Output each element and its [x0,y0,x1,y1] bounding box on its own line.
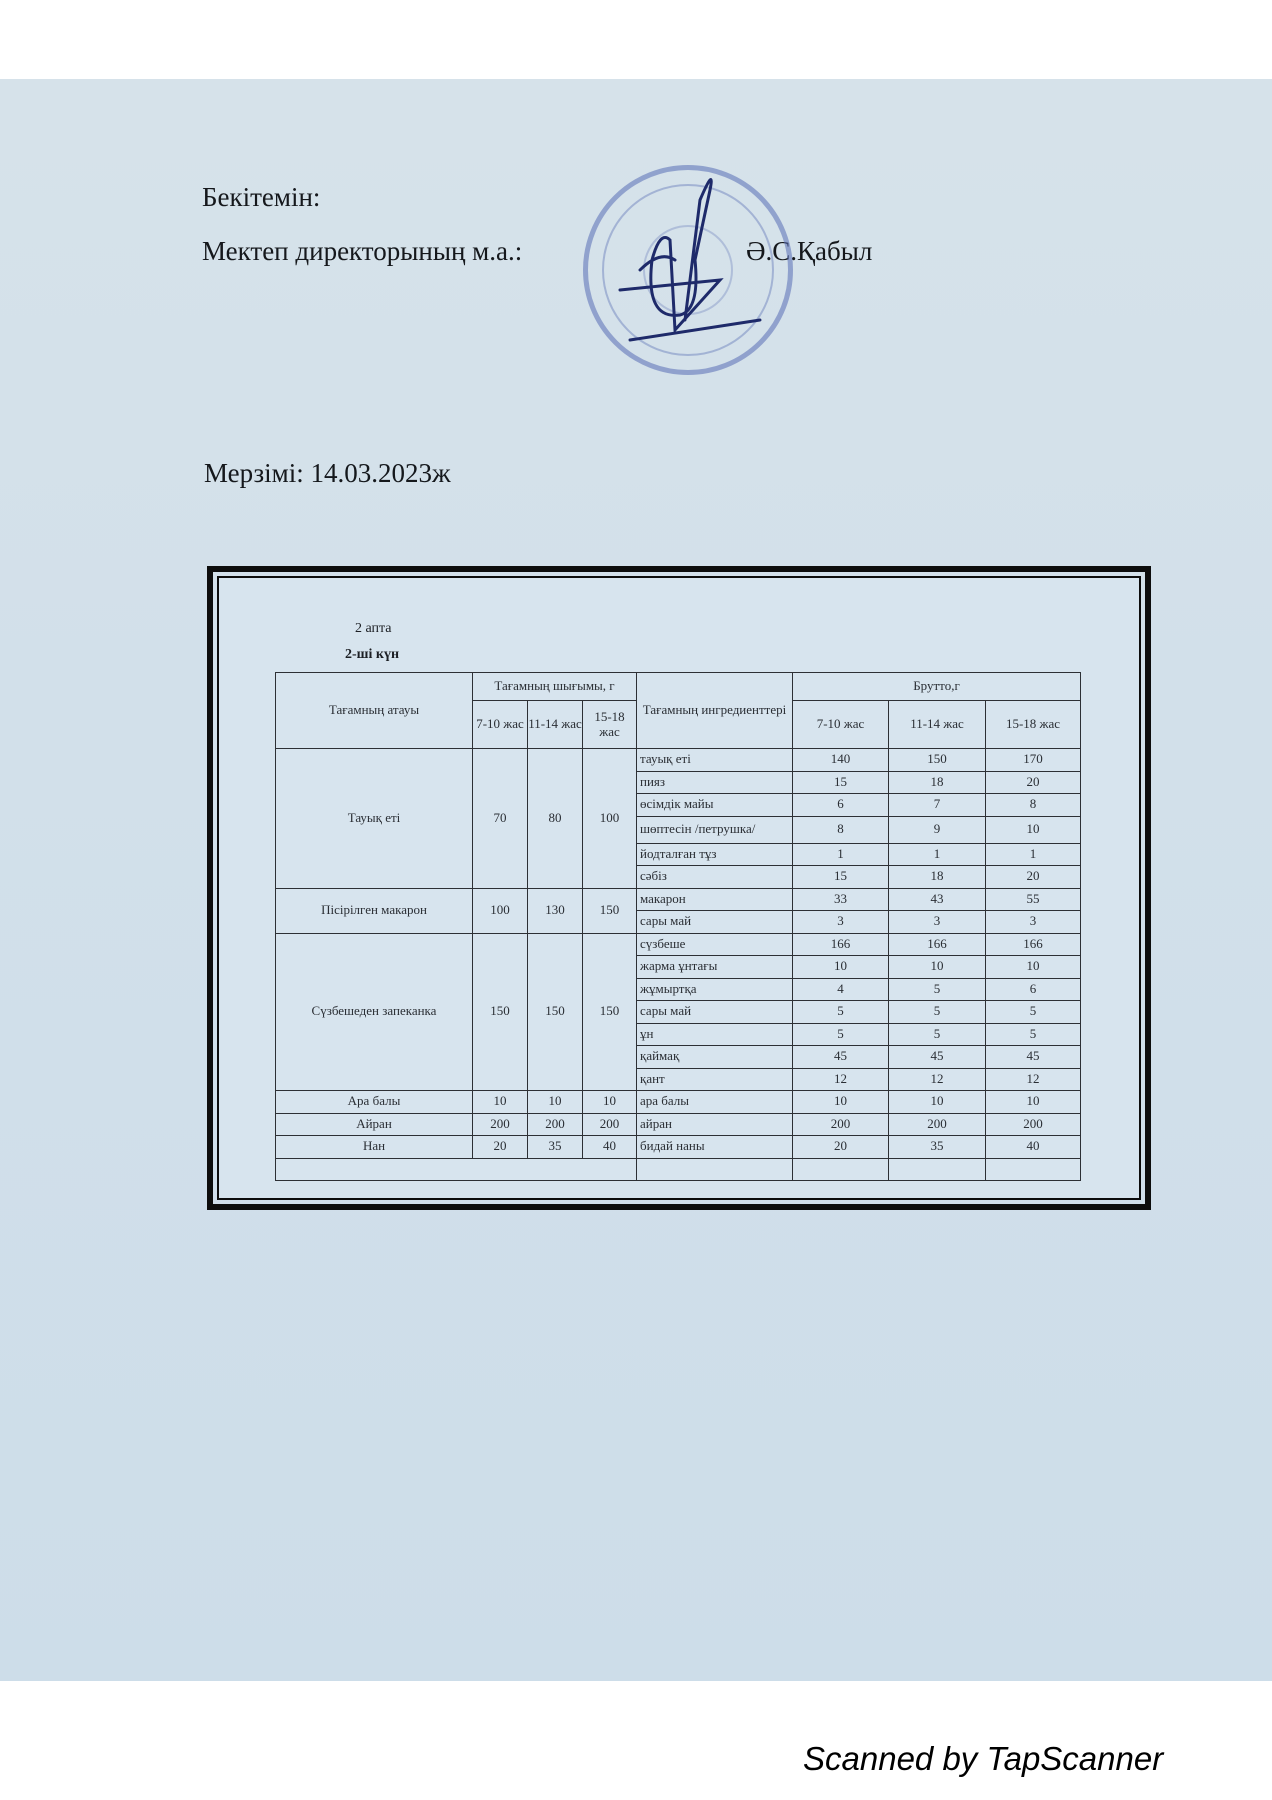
ingredient-brutto: 5 [889,1001,986,1024]
table-row: Сүзбешеден запеканка150150150сүзбеше1661… [276,933,1081,956]
ingredient-brutto: 12 [986,1068,1081,1091]
ingredient-name: қаймақ [637,1046,793,1069]
header-ingredients: Тағамның ингредиенттері [637,673,793,749]
dish-yield: 130 [528,888,583,933]
ingredient-brutto: 45 [793,1046,889,1069]
dish-yield: 70 [473,749,528,889]
dish-yield: 100 [473,888,528,933]
dish-yield: 20 [473,1136,528,1159]
scanner-watermark: Scanned by TapScanner [803,1740,1163,1778]
ingredient-name: қант [637,1068,793,1091]
ingredient-brutto: 10 [793,1091,889,1114]
ingredient-brutto: 45 [889,1046,986,1069]
ingredient-brutto: 40 [986,1136,1081,1159]
dish-yield: 150 [583,933,637,1091]
ingredient-brutto: 15 [793,771,889,794]
ingredient-brutto: 15 [793,866,889,889]
ingredient-brutto: 18 [889,866,986,889]
table-row: Айран200200200айран200200200 [276,1113,1081,1136]
ingredient-brutto: 1 [986,843,1081,866]
ingredient-brutto: 12 [793,1068,889,1091]
ingredient-name: жұмыртқа [637,978,793,1001]
ingredient-name: пияз [637,771,793,794]
ingredient-brutto: 5 [889,978,986,1001]
ingredient-name: жарма ұнтағы [637,956,793,979]
table-row: Пісірілген макарон100130150макарон334355 [276,888,1081,911]
day-label: 2-ші күн [345,647,399,663]
dish-yield: 100 [583,749,637,889]
director-role-label: Мектеп директорының м.а.: [202,236,522,266]
dish-yield: 150 [528,933,583,1091]
ingredient-brutto: 20 [793,1136,889,1159]
ingredient-brutto: 55 [986,888,1081,911]
ingredient-name: сары май [637,1001,793,1024]
ingredient-brutto: 10 [986,956,1081,979]
empty-cell [637,1158,793,1180]
approval-line: Мектеп директорының м.а.: Ә.С.Қабыл [202,236,522,267]
ingredient-name: йодталған тұз [637,843,793,866]
header-yield-age: 11-14 жас [528,701,583,749]
table-row: Тауық еті7080100тауық еті140150170 [276,749,1081,772]
dish-yield: 150 [583,888,637,933]
dish-yield: 150 [473,933,528,1091]
ingredient-name: тауық еті [637,749,793,772]
ingredient-brutto: 10 [986,816,1081,843]
table-row: Ара балы101010ара балы101010 [276,1091,1081,1114]
week-label: 2 апта [355,621,392,637]
empty-cell [986,1158,1081,1180]
dish-yield: 10 [583,1091,637,1114]
ingredient-brutto: 43 [889,888,986,911]
date-label: Мерзімі: 14.03.2023ж [204,458,451,489]
header-brutto-group: Брутто,г [793,673,1081,701]
ingredient-brutto: 140 [793,749,889,772]
ingredient-brutto: 200 [793,1113,889,1136]
header-dish-name: Тағамның атауы [276,673,473,749]
ingredient-brutto: 10 [793,956,889,979]
ingredient-brutto: 5 [986,1023,1081,1046]
ingredient-brutto: 45 [986,1046,1081,1069]
ingredient-brutto: 35 [889,1136,986,1159]
ingredient-brutto: 5 [986,1001,1081,1024]
dish-name: Айран [276,1113,473,1136]
header-brutto-age: 15-18 жас [986,701,1081,749]
handwritten-signature [600,170,780,370]
dish-name: Нан [276,1136,473,1159]
empty-cell [889,1158,986,1180]
dish-yield: 35 [528,1136,583,1159]
ingredient-brutto: 3 [793,911,889,934]
ingredient-name: сәбіз [637,866,793,889]
dish-yield: 10 [473,1091,528,1114]
ingredient-brutto: 20 [986,771,1081,794]
ingredient-brutto: 5 [793,1023,889,1046]
ingredient-brutto: 18 [889,771,986,794]
ingredient-brutto: 166 [793,933,889,956]
dish-yield: 200 [528,1113,583,1136]
ingredient-brutto: 33 [793,888,889,911]
ingredient-brutto: 166 [986,933,1081,956]
ingredient-brutto: 12 [889,1068,986,1091]
ingredient-name: ара балы [637,1091,793,1114]
ingredient-brutto: 10 [889,956,986,979]
ingredient-brutto: 200 [986,1113,1081,1136]
dish-name: Ара балы [276,1091,473,1114]
menu-table: Тағамның атауы Тағамның шығымы, г Тағамн… [275,672,1081,1181]
ingredient-brutto: 4 [793,978,889,1001]
ingredient-name: өсімдік майы [637,794,793,817]
empty-cell [793,1158,889,1180]
dish-name: Сүзбешеден запеканка [276,933,473,1091]
table-row: Нан203540бидай наны203540 [276,1136,1081,1159]
ingredient-brutto: 170 [986,749,1081,772]
ingredient-name: сары май [637,911,793,934]
ingredient-name: макарон [637,888,793,911]
empty-row [276,1158,1081,1180]
ingredient-brutto: 1 [793,843,889,866]
ingredient-name: шөптесін /петрушка/ [637,816,793,843]
ingredient-brutto: 5 [793,1001,889,1024]
dish-name: Пісірілген макарон [276,888,473,933]
ingredient-brutto: 166 [889,933,986,956]
ingredient-brutto: 20 [986,866,1081,889]
ingredient-brutto: 200 [889,1113,986,1136]
header-yield-age: 7-10 жас [473,701,528,749]
dish-yield: 200 [583,1113,637,1136]
header-yield-group: Тағамның шығымы, г [473,673,637,701]
dish-yield: 10 [528,1091,583,1114]
ingredient-brutto: 150 [889,749,986,772]
ingredient-brutto: 7 [889,794,986,817]
ingredient-brutto: 5 [889,1023,986,1046]
dish-name: Тауық еті [276,749,473,889]
ingredient-brutto: 3 [986,911,1081,934]
ingredient-brutto: 6 [793,794,889,817]
ingredient-brutto: 6 [986,978,1081,1001]
dish-yield: 200 [473,1113,528,1136]
ingredient-brutto: 9 [889,816,986,843]
empty-cell [276,1158,637,1180]
ingredient-name: бидай наны [637,1136,793,1159]
ingredient-name: айран [637,1113,793,1136]
ingredient-brutto: 8 [793,816,889,843]
ingredient-brutto: 1 [889,843,986,866]
header-yield-age: 15-18 жас [583,701,637,749]
ingredient-brutto: 10 [986,1091,1081,1114]
ingredient-name: сүзбеше [637,933,793,956]
ingredient-brutto: 3 [889,911,986,934]
approval-heading: Бекітемін: [202,182,320,213]
dish-yield: 40 [583,1136,637,1159]
header-brutto-age: 11-14 жас [889,701,986,749]
dish-yield: 80 [528,749,583,889]
ingredient-brutto: 10 [889,1091,986,1114]
ingredient-name: ұн [637,1023,793,1046]
ingredient-brutto: 8 [986,794,1081,817]
header-brutto-age: 7-10 жас [793,701,889,749]
